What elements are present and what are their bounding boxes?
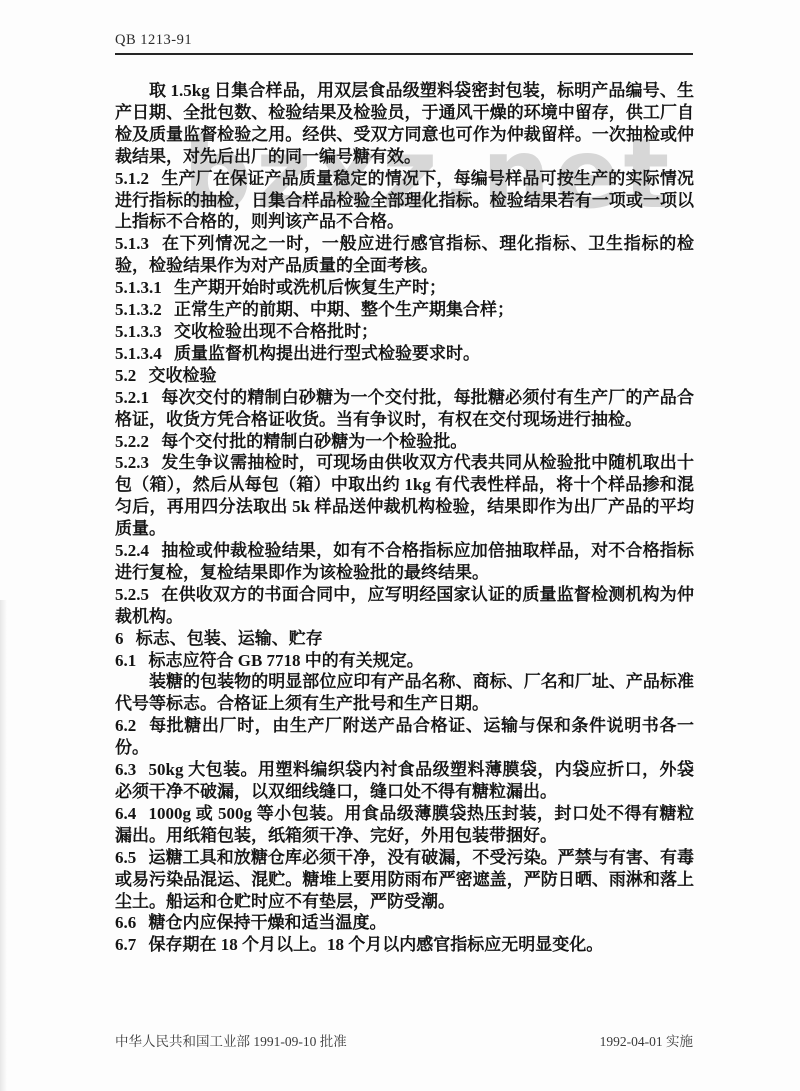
clause-number: 6.2 [115, 716, 136, 735]
clause-paragraph: 5.1.3.3交收检验出现不合格批时； [115, 321, 694, 343]
clause-text: 取 1.5kg 日集合样品，用双层食品级塑料袋密封包装，标明产品编号、生产日期、… [115, 81, 694, 166]
clause-paragraph: 6.5运糖工具和放糖仓库必须干净，没有破漏，不受污染。严禁与有害、有毒或易污染品… [115, 847, 694, 913]
clause-paragraph: 5.2.3发生争议需抽检时，可现场由供收双方代表共同从检验批中随机取出十包（箱）… [115, 452, 694, 540]
clause-text: 生产期开始时或洗机后恢复生产时； [174, 278, 446, 297]
clause-number: 6.4 [115, 804, 136, 823]
clause-text: 质量监督机构提出进行型式检验要求时。 [174, 344, 480, 363]
clause-paragraph: 6.41000g 或 500g 等小包装。用食品级薄膜袋热压封装，封口处不得有糖… [115, 803, 694, 847]
clause-paragraph: 5.1.3在下列情况之一时，一般应进行感官指标、理化指标、卫生指标的检验，检验结… [115, 233, 694, 277]
clause-number: 5.2.2 [115, 432, 149, 451]
page-header: QB 1213-91 [115, 31, 693, 55]
standard-code: QB 1213-91 [115, 32, 192, 48]
clause-paragraph: 6.1标志应符合 GB 7718 中的有关规定。 [115, 650, 694, 672]
approval-note: 中华人民共和国工业部 1991-09-10 批准 [115, 1030, 347, 1050]
clause-paragraph: 5.1.2生产厂在保证产品质量稳定的情况下，每编号样品可按生产的实际情况进行指标… [115, 168, 694, 234]
clause-text: 生产厂在保证产品质量稳定的情况下，每编号样品可按生产的实际情况进行指标的抽检，日… [115, 169, 694, 232]
clause-text: 标志应符合 GB 7718 中的有关规定。 [148, 651, 423, 670]
document-page: bzxz.net QB 1213-91 取 1.5kg 日集合样品，用双层食品级… [0, 0, 800, 1091]
clause-number: 5.2.3 [115, 453, 149, 472]
clause-paragraph: 5.1.3.2正常生产的前期、中期、整个生产期集合样； [115, 299, 694, 321]
clause-text: 每次交付的精制白砂糖为一个交付批，每批糖必须付有生产厂的产品合格证，收货方凭合格… [115, 388, 694, 429]
clause-text: 发生争议需抽检时，可现场由供收双方代表共同从检验批中随机取出十包（箱），然后从每… [115, 453, 694, 538]
clause-paragraph: 5.1.3.4质量监督机构提出进行型式检验要求时。 [115, 343, 694, 365]
clause-text: 在下列情况之一时，一般应进行感官指标、理化指标、卫生指标的检验，检验结果作为对产… [115, 234, 694, 275]
clause-text: 正常生产的前期、中期、整个生产期集合样； [174, 300, 514, 319]
clause-paragraph: 5.2.1每次交付的精制白砂糖为一个交付批，每批糖必须付有生产厂的产品合格证，收… [115, 387, 694, 431]
clause-text: 每个交付批的精制白砂糖为一个检验批。 [161, 432, 467, 451]
clause-number: 5.2.1 [115, 388, 149, 407]
clause-paragraph: 6.350kg 大包装。用塑料编织袋内衬食品级塑料薄膜袋，内袋应折口，外袋必须干… [115, 759, 694, 803]
clause-number: 5.2 [115, 366, 136, 385]
clause-paragraph: 6.7保存期在 18 个月以上。18 个月以内感官指标应无明显变化。 [115, 934, 694, 956]
clause-number: 5.2.5 [115, 585, 149, 604]
clause-paragraph: 6.6糖仓内应保持干燥和适当温度。 [115, 912, 694, 934]
clause-text: 每批糖出厂时，由生产厂附送产品合格证、运输与保和条件说明书各一份。 [115, 716, 694, 757]
clause-number: 5.1.3.1 [115, 278, 162, 297]
clause-number: 5.2.4 [115, 541, 149, 560]
clause-number: 5.1.3.4 [115, 344, 162, 363]
implementation-note: 1992-04-01 实施 [600, 1030, 693, 1050]
clause-number: 5.1.3 [115, 234, 149, 253]
body-paragraph: 取 1.5kg 日集合样品，用双层食品级塑料袋密封包装，标明产品编号、生产日期、… [115, 80, 694, 168]
document-body: 取 1.5kg 日集合样品，用双层食品级塑料袋密封包装，标明产品编号、生产日期、… [115, 80, 694, 956]
clause-paragraph: 6标志、包装、运输、贮存 [115, 628, 694, 650]
clause-paragraph: 5.2.2每个交付批的精制白砂糖为一个检验批。 [115, 431, 694, 453]
clause-text: 装糖的包装物的明显部位应印有产品名称、商标、厂名和厂址、产品标准代号等标志。合格… [115, 672, 694, 713]
clause-text: 1000g 或 500g 等小包装。用食品级薄膜袋热压封装，封口处不得有糖粒漏出… [115, 804, 694, 845]
clause-number: 6.7 [115, 935, 136, 954]
clause-text: 糖仓内应保持干燥和适当温度。 [148, 913, 386, 932]
clause-text: 交收检验 [148, 366, 216, 385]
clause-number: 6.6 [115, 913, 136, 932]
clause-number: 6.1 [115, 651, 136, 670]
clause-paragraph: 6.2每批糖出厂时，由生产厂附送产品合格证、运输与保和条件说明书各一份。 [115, 715, 694, 759]
body-paragraph: 装糖的包装物的明显部位应印有产品名称、商标、厂名和厂址、产品标准代号等标志。合格… [115, 671, 694, 715]
clause-number: 6 [115, 629, 124, 648]
page-footer: 中华人民共和国工业部 1991-09-10 批准 1992-04-01 实施 [115, 1030, 693, 1050]
clause-number: 5.1.3.3 [115, 322, 162, 341]
clause-number: 6.3 [115, 760, 136, 779]
clause-number: 5.1.3.2 [115, 300, 162, 319]
clause-text: 50kg 大包装。用塑料编织袋内衬食品级塑料薄膜袋，内袋应折口，外袋必须干净不破… [115, 760, 694, 801]
clause-text: 抽检或仲裁检验结果，如有不合格指标应加倍抽取样品，对不合格指标进行复检，复检结果… [115, 541, 694, 582]
clause-paragraph: 5.2.5在供收双方的书面合同中，应写明经国家认证的质量监督检测机构为仲裁机构。 [115, 584, 694, 628]
clause-text: 保存期在 18 个月以上。18 个月以内感官指标应无明显变化。 [148, 935, 603, 954]
clause-text: 运糖工具和放糖仓库必须干净，没有破漏，不受污染。严禁与有害、有毒或易污染品混运、… [115, 848, 694, 911]
clause-paragraph: 5.1.3.1生产期开始时或洗机后恢复生产时； [115, 277, 694, 299]
clause-paragraph: 5.2.4抽检或仲裁检验结果，如有不合格指标应加倍抽取样品，对不合格指标进行复检… [115, 540, 694, 584]
clause-text: 在供收双方的书面合同中，应写明经国家认证的质量监督检测机构为仲裁机构。 [115, 585, 694, 626]
scan-noise-edge [0, 600, 7, 1091]
clause-number: 6.5 [115, 848, 136, 867]
clause-paragraph: 5.2交收检验 [115, 365, 694, 387]
header-rule [115, 53, 693, 55]
clause-text: 标志、包装、运输、贮存 [136, 629, 323, 648]
clause-text: 交收检验出现不合格批时； [174, 322, 378, 341]
clause-number: 5.1.2 [115, 169, 149, 188]
